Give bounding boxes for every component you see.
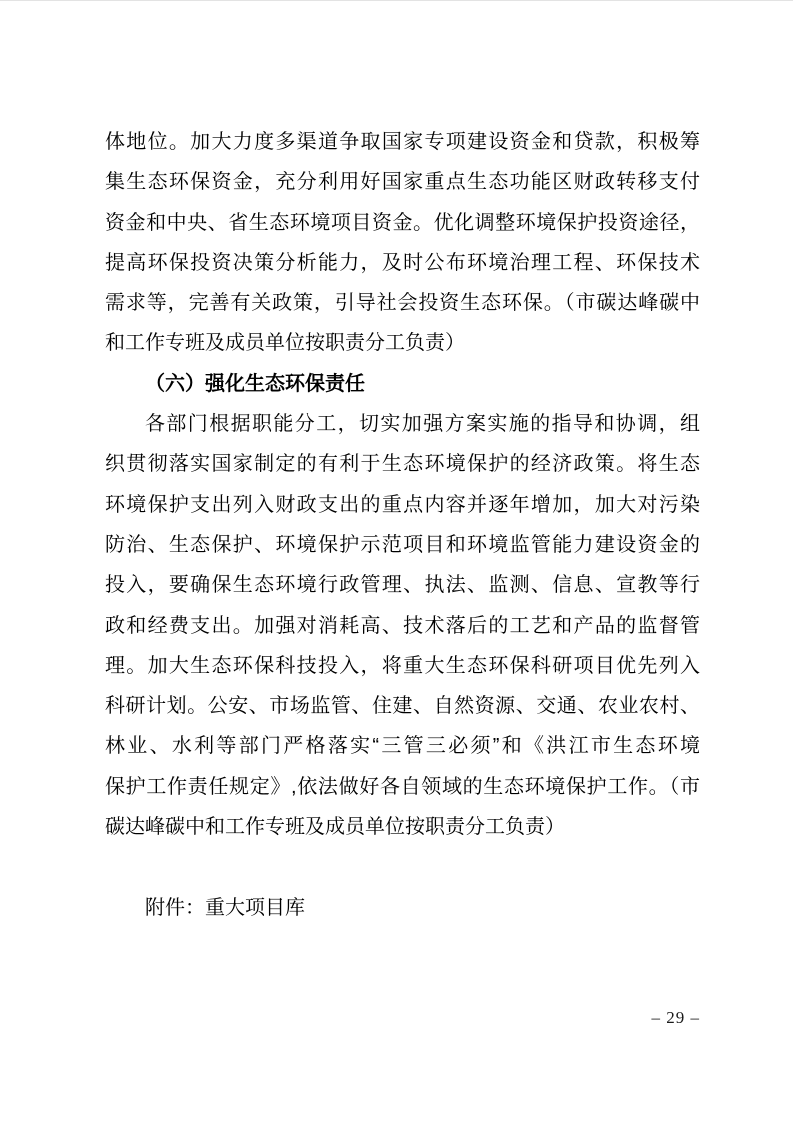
document-page: 体地位。加大力度多渠道争取国家专项建设资金和贷款，积极筹集生态环保资金，充分利用… xyxy=(0,0,793,1122)
text-line: 资金和中央、省生态环境项目资金。优化调整环境保护投资途径， xyxy=(105,203,700,243)
document-body: 体地位。加大力度多渠道争取国家专项建设资金和贷款，积极筹集生态环保资金，充分利用… xyxy=(105,122,700,928)
text-line: 提高环保投资决策分析能力，及时公布环境治理工程、环保技术 xyxy=(105,243,700,283)
blank-line xyxy=(105,847,700,887)
text-line: 需求等，完善有关政策，引导社会投资生态环保。（市碳达峰碳中 xyxy=(105,283,700,323)
text-line: 政和经费支出。加强对消耗高、技术落后的工艺和产品的监督管 xyxy=(105,606,700,646)
text-line: 理。加大生态环保科技投入，将重大生态环保科研项目优先列入 xyxy=(105,646,700,686)
text-line: 各部门根据职能分工，切实加强方案实施的指导和协调，组 xyxy=(105,404,700,444)
text-line: 投入，要确保生态环境行政管理、执法、监测、信息、宣教等行 xyxy=(105,565,700,605)
text-line: 科研计划。公安、市场监管、住建、自然资源、交通、农业农村、 xyxy=(105,686,700,726)
text-line: 和工作专班及成员单位按职责分工负责） xyxy=(105,323,700,363)
page-number: – 29 – xyxy=(105,1006,700,1030)
text-line: 集生态环保资金，充分利用好国家重点生态功能区财政转移支付 xyxy=(105,162,700,202)
text-line: 防治、生态保护、环境保护示范项目和环境监管能力建设资金的 xyxy=(105,525,700,565)
text-line: 织贯彻落实国家制定的有利于生态环境保护的经济政策。将生态 xyxy=(105,444,700,484)
text-line: 环境保护支出列入财政支出的重点内容并逐年增加，加大对污染 xyxy=(105,485,700,525)
text-line: 体地位。加大力度多渠道争取国家专项建设资金和贷款，积极筹 xyxy=(105,122,700,162)
page-top-edge xyxy=(0,0,793,1)
text-line: 碳达峰碳中和工作专班及成员单位按职责分工负责） xyxy=(105,807,700,847)
text-line: 林业、水利等部门严格落实“三管三必须”和《洪江市生态环境 xyxy=(105,726,700,766)
section-heading: （六）强化生态环保责任 xyxy=(105,364,700,404)
attachment-line: 附件：重大项目库 xyxy=(105,888,700,928)
text-line: 保护工作责任规定》,依法做好各自领域的生态环境保护工作。（市 xyxy=(105,767,700,807)
